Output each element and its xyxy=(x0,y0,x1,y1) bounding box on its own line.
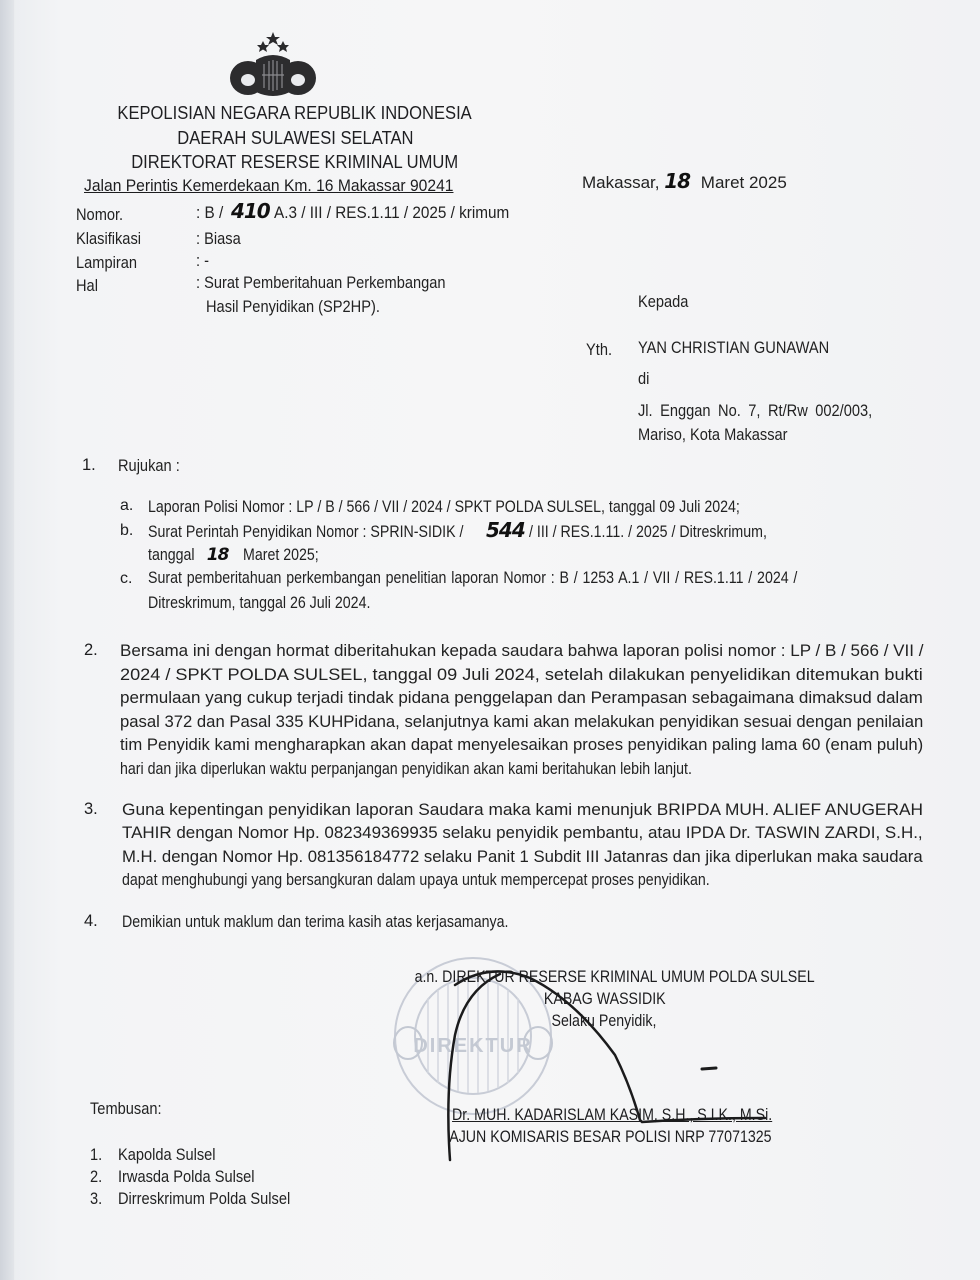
letterhead-line1: KEPOLISIAN NEGARA REPUBLIK INDONESIA xyxy=(60,103,530,124)
letterhead-line3: DIREKTORAT RESERSE KRIMINAL UMUM xyxy=(60,152,530,173)
handwritten-sprin-day: 18 xyxy=(207,545,229,565)
meta-label-lampiran: Lampiran xyxy=(76,252,137,274)
police-emblem-icon xyxy=(228,30,318,102)
tembusan-num-3: 3. xyxy=(90,1188,102,1210)
meta-value-lampiran: : - xyxy=(196,250,209,272)
place-date: Makassar, 18 Maret 2025 xyxy=(582,170,787,194)
ref-c-line2: Ditreskrimum, tanggal 26 Juli 2024. xyxy=(148,592,370,614)
paragraph-line: M.H. dengan Nomor Hp. 081356184772 selak… xyxy=(122,846,923,868)
letterhead-line2: DAERAH SULAWESI SELATAN xyxy=(60,128,530,149)
letterhead-address: Jalan Perintis Kemerdekaan Km. 16 Makass… xyxy=(84,176,453,196)
handwritten-sprin-number: 544 xyxy=(486,518,525,542)
ref-b-label: b. xyxy=(120,522,133,540)
ref-a-text: Laporan Polisi Nomor : LP / B / 566 / VI… xyxy=(148,496,740,518)
recipient-kepada: Kepada xyxy=(638,291,688,313)
paragraph-line: dapat menghubungi yang bersangkuran dala… xyxy=(122,869,710,891)
paragraph-line: Guna kepentingan penyidikan laporan Saud… xyxy=(122,799,923,821)
meta-value-nomor: : B / 410 A.3 / III / RES.1.11 / 2025 / … xyxy=(196,200,536,224)
tembusan-item-3: Dirreskrimum Polda Sulsel xyxy=(118,1188,290,1210)
paragraph-line: tim Penyidik kami mengharapkan akan dapa… xyxy=(120,734,923,756)
meta-label-nomor: Nomor. xyxy=(76,204,123,226)
meta-value-hal-line2: Hasil Penyidikan (SP2HP). xyxy=(206,296,380,318)
tembusan-num-2: 2. xyxy=(90,1166,102,1188)
ref-c-line1: Surat pemberitahuan perkembangan penelit… xyxy=(148,567,797,589)
recipient-address-line2: Mariso, Kota Makassar xyxy=(638,424,788,446)
handwritten-signature-icon xyxy=(400,960,780,1170)
section2-number: 2. xyxy=(84,641,98,660)
meta-value-klasifikasi: : Biasa xyxy=(196,228,241,250)
meta-label-klasifikasi: Klasifikasi xyxy=(76,228,141,250)
meta-label-hal: Hal xyxy=(76,275,98,297)
recipient-yth: Yth. xyxy=(586,339,612,361)
handwritten-number: 410 xyxy=(231,199,270,223)
recipient-di: di xyxy=(638,368,649,390)
meta-value-hal: : Surat Pemberitahuan Perkembangan xyxy=(196,272,446,294)
paragraph-line: hari dan jika diperlukan waktu perpanjan… xyxy=(120,758,692,780)
section4-number: 4. xyxy=(84,912,98,931)
section4-text: Demikian untuk maklum dan terima kasih a… xyxy=(122,911,508,933)
ref-b-line2: tanggal 18 Maret 2025; xyxy=(148,544,331,566)
paragraph-line: pasal 372 dan Pasal 335 KUHPidana, selan… xyxy=(120,711,923,733)
tembusan-item-2: Irwasda Polda Sulsel xyxy=(118,1166,255,1188)
paragraph-line: 2024 / SPKT POLDA SULSEL, tanggal 09 Jul… xyxy=(120,664,923,686)
section1-title: Rujukan : xyxy=(118,455,180,477)
ref-b-line1: Surat Perintah Penyidikan Nomor : SPRIN-… xyxy=(148,519,806,543)
recipient-name: YAN CHRISTIAN GUNAWAN xyxy=(638,337,829,359)
ref-a-label: a. xyxy=(120,497,133,515)
section3-number: 3. xyxy=(84,800,98,819)
ref-c-label: c. xyxy=(120,570,132,588)
paragraph-line: Bersama ini dengan hormat diberitahukan … xyxy=(120,640,923,662)
section1-number: 1. xyxy=(82,456,96,475)
paragraph-line: permulaan yang cukup terjadi tindak pida… xyxy=(120,687,923,709)
handwritten-day: 18 xyxy=(664,169,690,193)
tembusan-title: Tembusan: xyxy=(90,1098,162,1120)
page-edge xyxy=(0,0,14,1280)
tembusan-num-1: 1. xyxy=(90,1144,102,1166)
recipient-address-line1: Jl. Enggan No. 7, Rt/Rw 002/003, xyxy=(638,400,872,422)
paragraph-line: TAHIR dengan Nomor Hp. 082349369935 sela… xyxy=(122,822,923,844)
tembusan-item-1: Kapolda Sulsel xyxy=(118,1144,216,1166)
